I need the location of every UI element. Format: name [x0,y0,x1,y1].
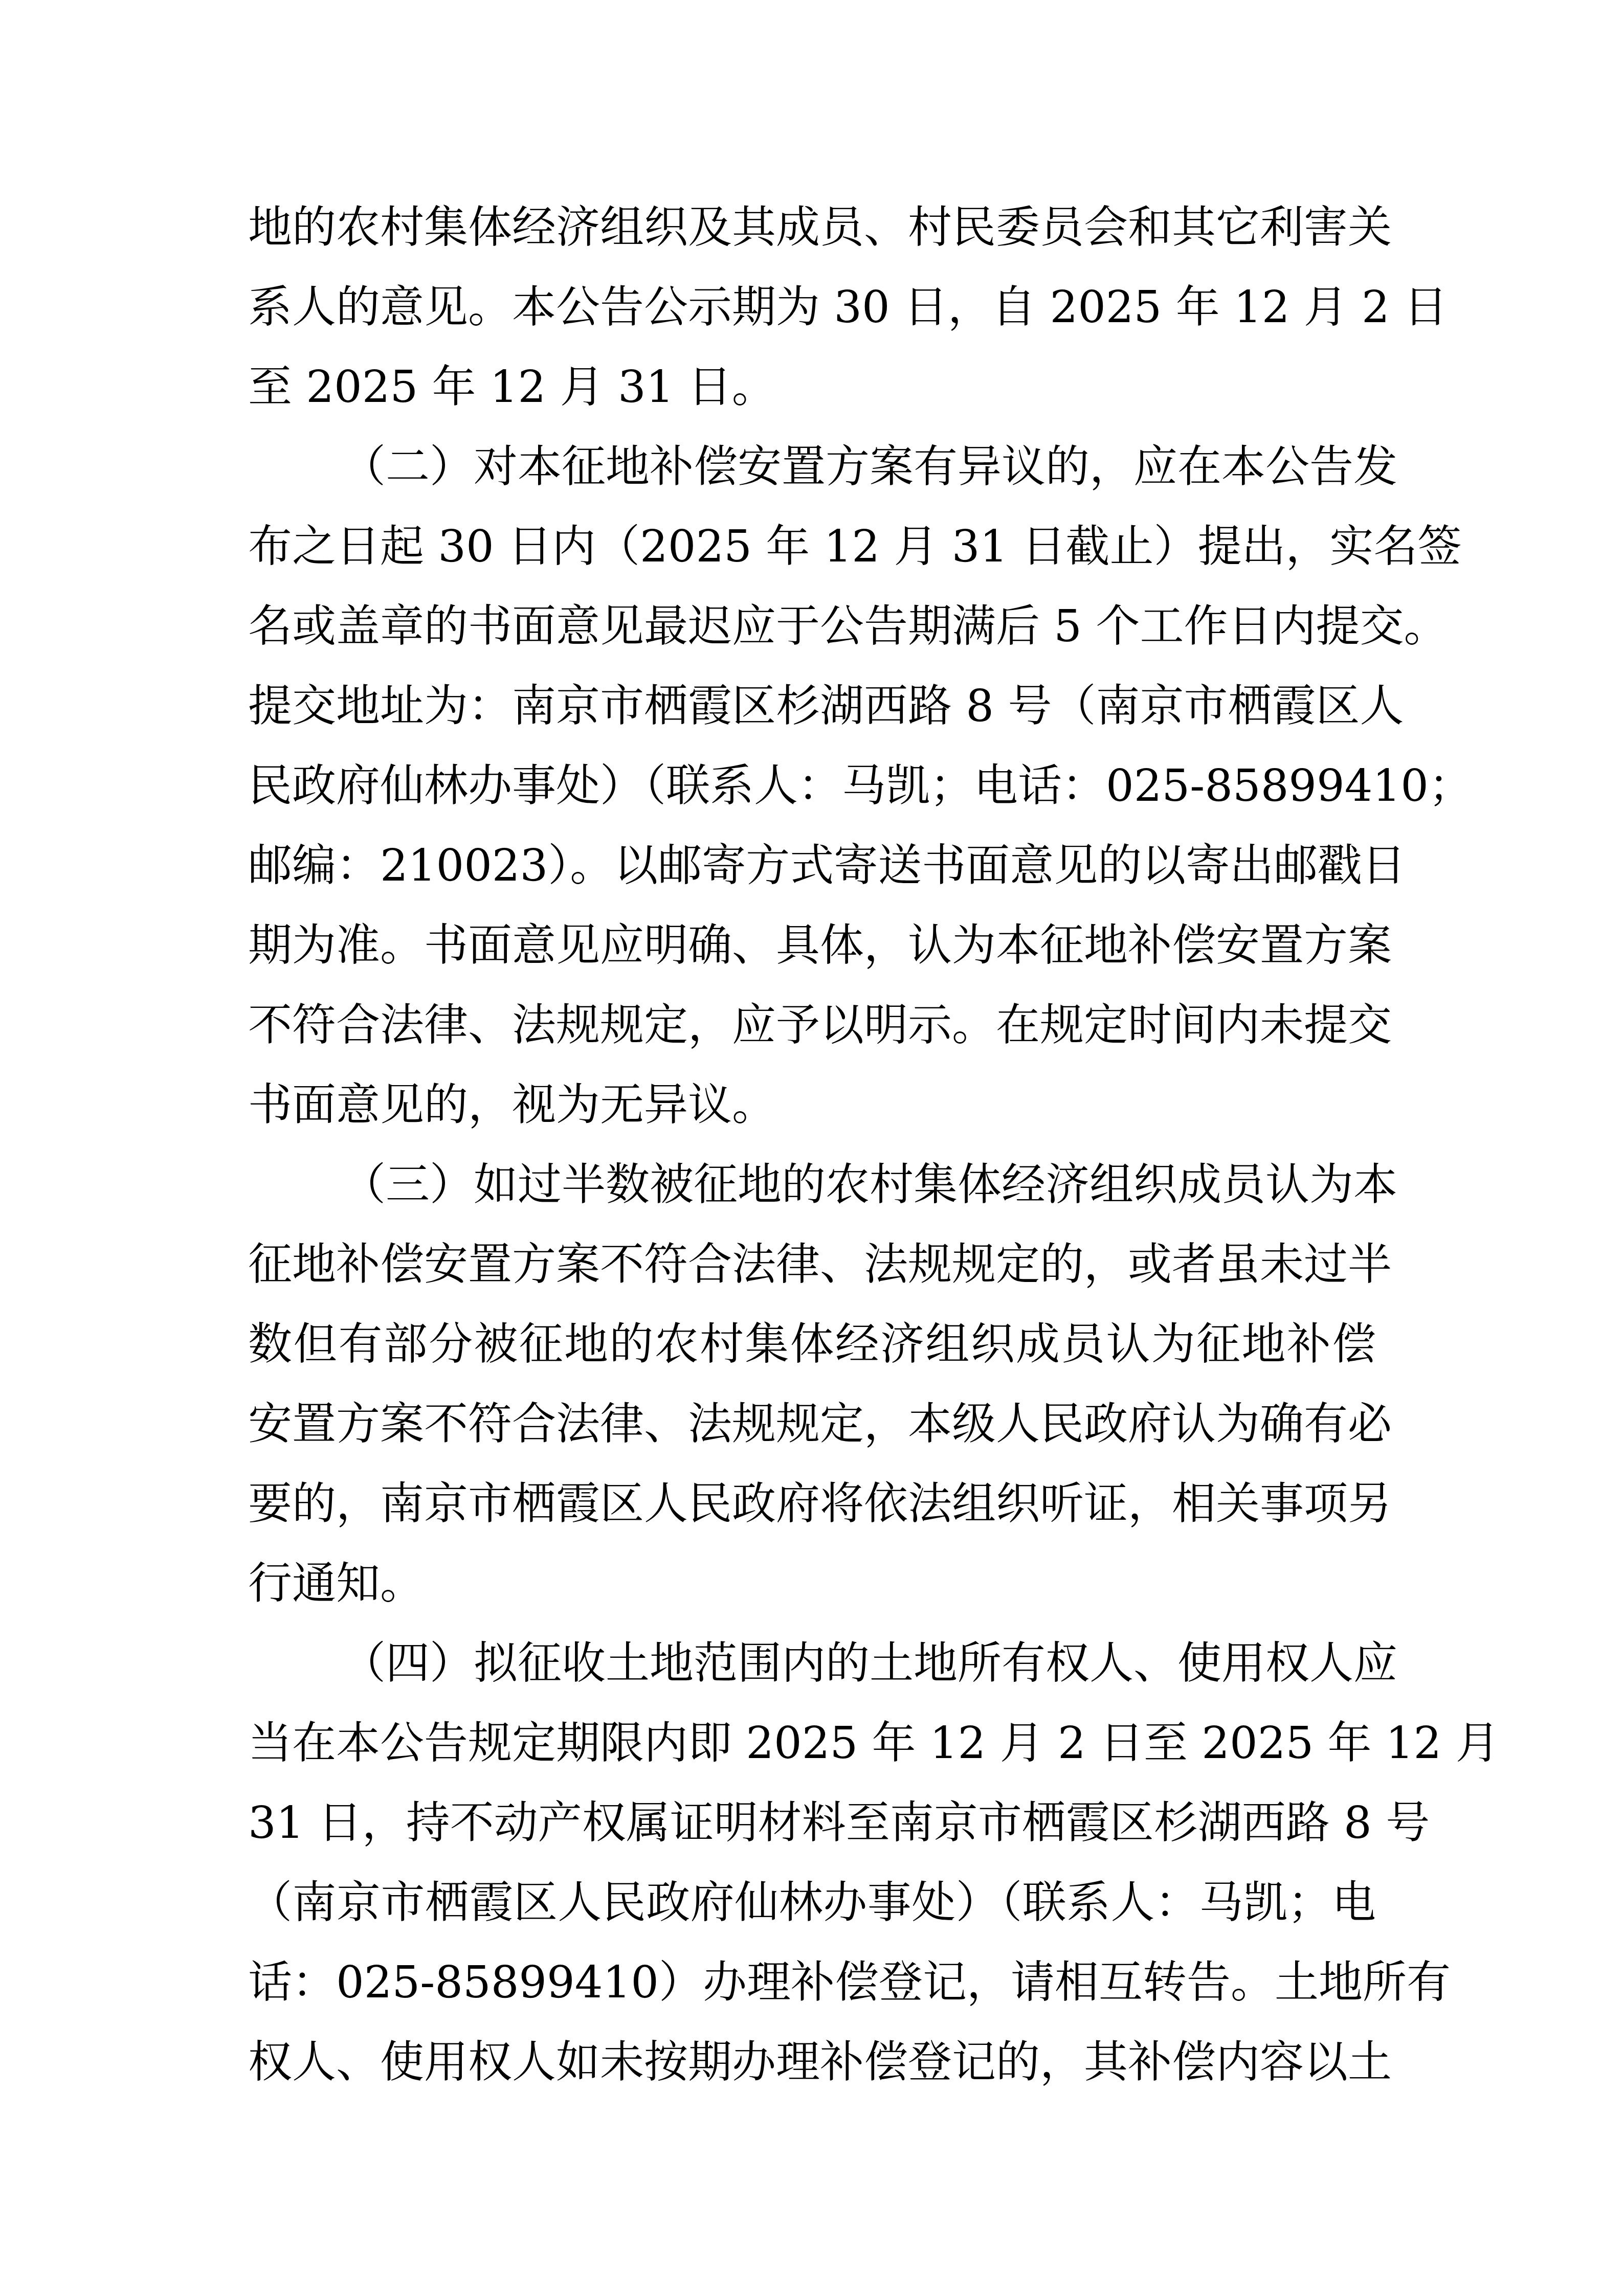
paragraph-4-line-5: 话：025-85899410）办理补偿登记，请相互转告。土地所有 [248,1943,1376,2022]
paragraph-3-line-5: 要的，南京市栖霞区人民政府将依法组织听证，相关事项另 [248,1464,1376,1544]
paragraph-4-line-3: 31 日，持不动产权属证明材料至南京市栖霞区杉湖西路 8 号 [248,1783,1376,1863]
paragraph-4-line-1: （四）拟征收土地范围内的土地所有权人、使用权人应 [342,1624,1376,1703]
paragraph-3-line-3: 数但有部分被征地的农村集体经济组织成员认为征地补偿 [248,1304,1376,1384]
paragraph-2-line-4: 提交地址为：南京市栖霞区杉湖西路 8 号（南京市栖霞区人 [248,666,1376,746]
paragraph-3-line-4: 安置方案不符合法律、法规规定，本级人民政府认为确有必 [248,1384,1376,1464]
paragraph-2-line-7: 期为准。书面意见应明确、具体，认为本征地补偿安置方案 [248,906,1376,985]
paragraph-3-line-6: 行通知。 [248,1544,1376,1624]
paragraph-2-line-3: 名或盖章的书面意见最迟应于公告期满后 5 个工作日内提交。 [248,587,1376,666]
paragraph-2-line-8: 不符合法律、法规规定，应予以明示。在规定时间内未提交 [248,985,1376,1065]
paragraph-2-line-6: 邮编：210023）。以邮寄方式寄送书面意见的以寄出邮戳日 [248,826,1376,906]
paragraph-3-line-2: 征地补偿安置方案不符合法律、法规规定的，或者虽未过半 [248,1225,1376,1304]
paragraph-2-line-9: 书面意见的，视为无异议。 [248,1065,1376,1145]
paragraph-1-line-2: 系人的意见。本公告公示期为 30 日，自 2025 年 12 月 2 日 [248,267,1376,347]
paragraph-4-line-6: 权人、使用权人如未按期办理补偿登记的，其补偿内容以土 [248,2022,1376,2102]
paragraph-2-line-2: 布之日起 30 日内（2025 年 12 月 31 日截止）提出，实名签 [248,507,1376,587]
paragraph-4-line-2: 当在本公告规定期限内即 2025 年 12 月 2 日至 2025 年 12 月 [248,1703,1376,1783]
paragraph-2-line-5: 民政府仙林办事处）（联系人：马凯；电话：025-85899410； [248,746,1376,826]
paragraph-1-line-1: 地的农村集体经济组织及其成员、村民委员会和其它利害关 [248,188,1376,267]
paragraph-3-line-1: （三）如过半数被征地的农村集体经济组织成员认为本 [342,1145,1376,1225]
paragraph-2-line-1: （二）对本征地补偿安置方案有异议的，应在本公告发 [342,427,1376,507]
paragraph-1-line-3: 至 2025 年 12 月 31 日。 [248,347,1376,427]
paragraph-4-line-4: （南京市栖霞区人民政府仙林办事处）（联系人：马凯；电 [248,1863,1376,1943]
document-page: 地的农村集体经济组织及其成员、村民委员会和其它利害关 系人的意见。本公告公示期为… [0,0,1624,2296]
